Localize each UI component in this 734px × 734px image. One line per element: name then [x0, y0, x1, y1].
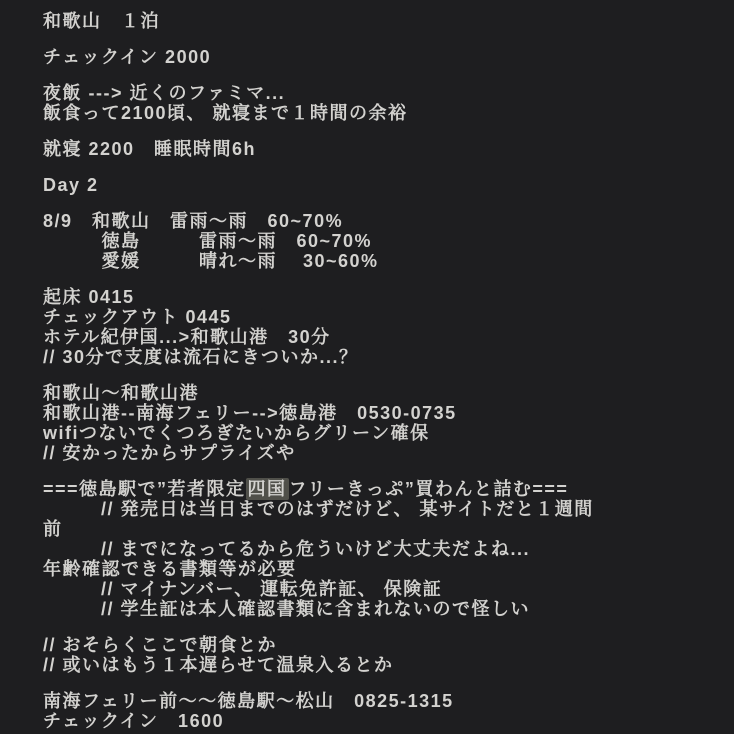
note-line: 夜飯 ---> 近くのファミマ...	[43, 83, 704, 103]
note-line: 起床 0415	[43, 287, 704, 307]
note-line: ホテル紀伊国...>和歌山港 30分	[43, 327, 704, 347]
note-line: 徳島 雷雨～雨 60~70%	[43, 231, 704, 251]
note-line: 南海フェリー前～～徳島駅～松山 0825-1315	[43, 691, 704, 711]
ticket-headline-before: ===徳島駅で”若者限定	[43, 479, 246, 499]
note-line: 和歌山 １泊	[43, 11, 704, 31]
note-paragraph: 和歌山 １泊	[43, 11, 704, 31]
note-paragraph: チェックイン 2000	[43, 47, 704, 67]
note-line: チェックイン 1600	[43, 711, 704, 731]
note-line: // までになってるから危ういけど大丈夫だよね...	[43, 539, 704, 559]
note-line: チェックイン 2000	[43, 47, 704, 67]
ticket-headline-after: フリーきっぷ”買わんと詰む===	[289, 479, 569, 499]
note-line: // マイナンバー、 運転免許証、 保険証	[43, 579, 704, 599]
note-line: // 或いはもう１本遅らせて温泉入るとか	[43, 655, 704, 675]
note-line: 8/9 和歌山 雷雨～雨 60~70%	[43, 211, 704, 231]
note-window: 和歌山 １泊 チェックイン 2000 夜飯 ---> 近くのファミマ... 飯食…	[0, 0, 734, 734]
note-line: チェックアウト 0445	[43, 307, 704, 327]
note-paragraph: 起床 0415 チェックアウト 0445 ホテル紀伊国...>和歌山港 30分 …	[43, 287, 704, 367]
note-paragraph: // おそらくここで朝食とか // 或いはもう１本遅らせて温泉入るとか	[43, 635, 704, 675]
note-paragraph: 和歌山～和歌山港 和歌山港--南海フェリー-->徳島港 0530-0735 wi…	[43, 383, 704, 463]
note-line: // 発売日は当日までのはずだけど、 某サイトだと１週間	[43, 499, 704, 519]
note-line: // 安かったからサプライズや	[43, 443, 704, 463]
note-line: 和歌山～和歌山港	[43, 383, 704, 403]
note-line: // おそらくここで朝食とか	[43, 635, 704, 655]
search-highlight: 四国	[246, 478, 289, 500]
note-paragraph-weather: 8/9 和歌山 雷雨～雨 60~70% 徳島 雷雨～雨 60~70% 愛媛 晴れ…	[43, 211, 704, 271]
note-line: 愛媛 晴れ～雨 30~60%	[43, 251, 704, 271]
note-line: wifiつないでくつろぎたいからグリーン確保	[43, 423, 704, 443]
note-line: ===徳島駅で”若者限定四国フリーきっぷ”買わんと詰む===	[43, 479, 704, 499]
note-line: Day 2	[43, 175, 704, 195]
note-paragraph: 就寝 2200 睡眠時間6h	[43, 139, 704, 159]
note-line: 就寝 2200 睡眠時間6h	[43, 139, 704, 159]
note-line: 飯食って2100頃、 就寝まで１時間の余裕	[43, 103, 704, 123]
note-line: 前	[43, 519, 704, 539]
note-paragraph: 南海フェリー前～～徳島駅～松山 0825-1315 チェックイン 1600	[43, 691, 704, 731]
note-line: // 学生証は本人確認書類に含まれないので怪しい	[43, 599, 704, 619]
note-line: 和歌山港--南海フェリー-->徳島港 0530-0735	[43, 403, 704, 423]
note-paragraph-ticket: ===徳島駅で”若者限定四国フリーきっぷ”買わんと詰む=== // 発売日は当日…	[43, 479, 704, 619]
note-paragraph: 夜飯 ---> 近くのファミマ... 飯食って2100頃、 就寝まで１時間の余裕	[43, 83, 704, 123]
note-editor[interactable]: 和歌山 １泊 チェックイン 2000 夜飯 ---> 近くのファミマ... 飯食…	[0, 0, 734, 734]
note-line: 年齢確認できる書類等が必要	[43, 559, 704, 579]
note-line: // 30分で支度は流石にきついか...？	[43, 347, 704, 367]
note-paragraph: Day 2	[43, 175, 704, 195]
